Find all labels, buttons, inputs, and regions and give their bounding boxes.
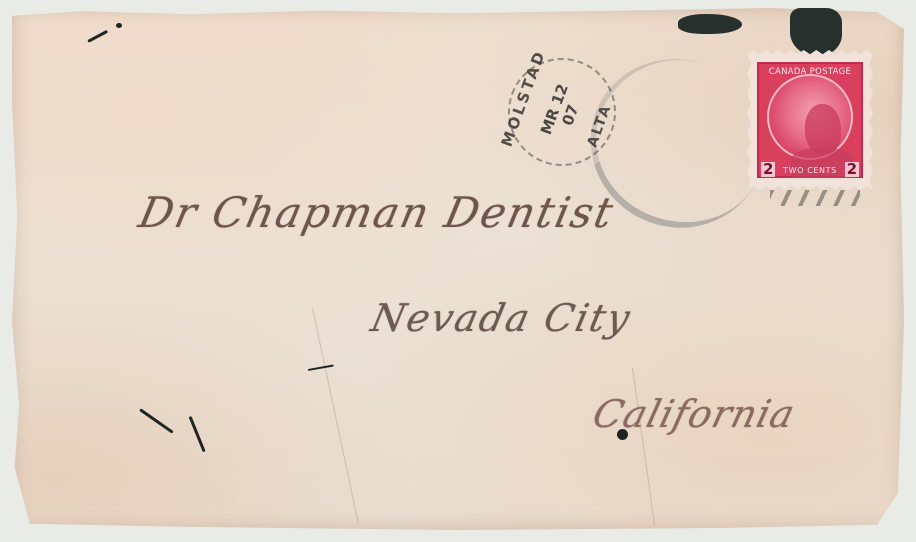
stamp-value-left: 2 xyxy=(761,162,775,177)
ink-smudge xyxy=(790,8,842,56)
address-line-name: Dr Chapman Dentist xyxy=(135,188,619,237)
paper-crease xyxy=(312,308,359,523)
ink-dot xyxy=(617,429,628,440)
stamp-value-right: 2 xyxy=(845,162,859,177)
postage-stamp: CANADA POSTAGE TWO CENTS 2 2 xyxy=(747,50,873,190)
pen-mark xyxy=(116,23,122,28)
stamp-frame: CANADA POSTAGE TWO CENTS 2 2 xyxy=(757,62,863,178)
king-portrait-icon xyxy=(805,104,841,154)
ink-smudge xyxy=(678,14,742,34)
stamp-title: CANADA POSTAGE xyxy=(759,67,861,77)
killer-cancel-bars xyxy=(770,190,860,206)
stamp-denomination: TWO CENTS xyxy=(775,166,845,175)
address-line-city: Nevada City xyxy=(367,296,635,340)
stamp-portrait-oval xyxy=(767,74,853,160)
